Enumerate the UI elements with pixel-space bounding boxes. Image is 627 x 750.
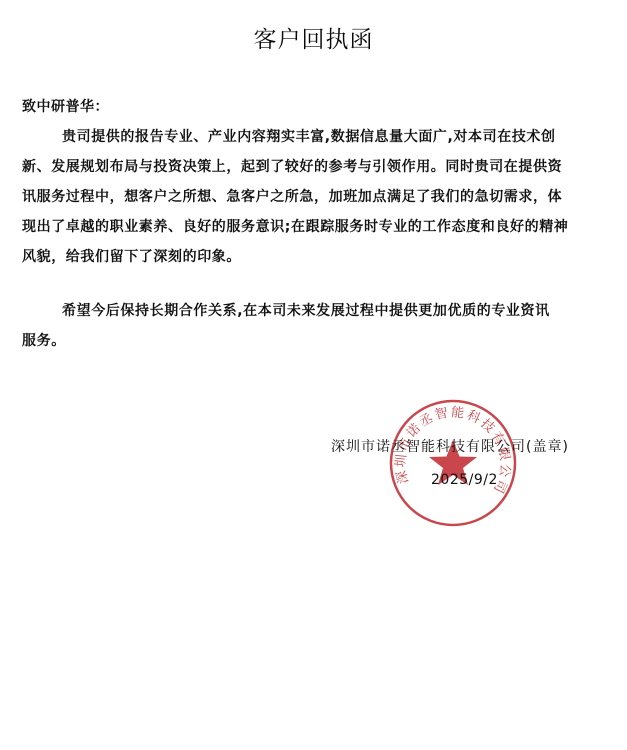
signature-date: 2025/9/2 bbox=[431, 470, 498, 490]
body-paragraph-1: 贵司提供的报告专业、产业内容翔实丰富,数据信息量大面广,对本司在技术创 新、发展… bbox=[22, 122, 594, 272]
body-paragraph-2: 希望今后保持长期合作关系,在本司未来发展过程中提供更加优质的专业资讯 服务。 bbox=[22, 296, 594, 356]
paragraph-line: 现出了卓越的职业素养、良好的服务意识;在跟踪服务时专业的工作态度和良好的精神 bbox=[22, 212, 594, 242]
paragraph-line: 讯服务过程中，想客户之所想、急客户之所急，加班加点满足了我们的急切需求，体 bbox=[22, 182, 594, 212]
paragraph-line: 贵司提供的报告专业、产业内容翔实丰富,数据信息量大面广,对本司在技术创 bbox=[22, 122, 594, 152]
paragraph-line: 风貌，给我们留下了深刻的印象。 bbox=[22, 242, 594, 272]
page-title: 客户回执函 bbox=[0, 24, 627, 56]
company-seal: 深圳市诺丞智能科技有限公司 bbox=[388, 398, 518, 528]
salutation: 致中研普华： bbox=[22, 97, 109, 117]
paragraph-line: 希望今后保持长期合作关系,在本司未来发展过程中提供更加优质的专业资讯 bbox=[22, 296, 594, 326]
paragraph-line: 服务。 bbox=[22, 326, 594, 356]
paragraph-line: 新、发展规划布局与投资决策上，起到了较好的参考与引领作用。同时贵司在提供资 bbox=[22, 152, 594, 182]
company-signature: 深圳市诺丞智能科技有限公司(盖章) bbox=[331, 437, 569, 457]
